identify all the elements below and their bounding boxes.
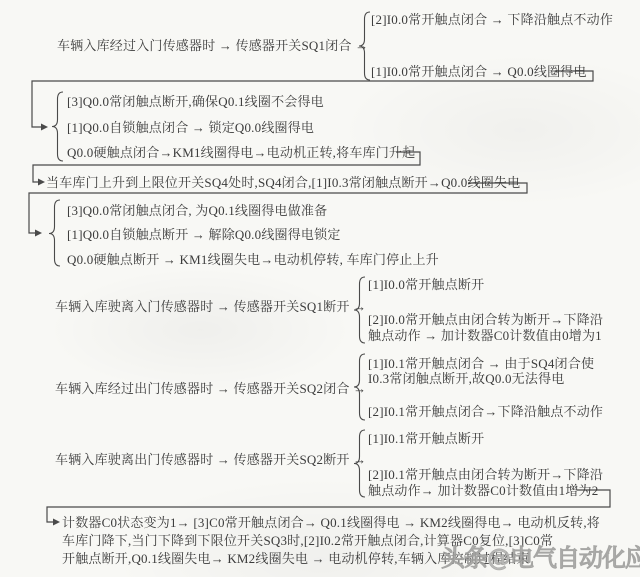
s6-branch-1-line-2: I0.3常闭触点断开,故Q0.0无法得电 (368, 371, 564, 387)
s5-branch-2-line-2: 触点动作 → 加计数器C0计数值由0增为1 (368, 328, 602, 344)
s3-main-text: 当车库门上升到上限位开关SQ4处时,SQ4闭合,[1]I0.3常闭触点断开→Q0… (46, 175, 520, 191)
s8-line-1: 计数器C0状态变为1→ [3]C0常开触点闭合→ Q0.1线圈得电 → KM2线… (62, 515, 600, 531)
watermark-text: 头条@电气自动化应用 (441, 538, 640, 573)
s5-branch-2-line-1: [2]I0.0常开触点由闭合转为断开→下降沿 (368, 312, 603, 328)
s7-branch-1: [1]I0.1常开触点断开 (368, 431, 484, 447)
s1-branch-1: [2]I0.0常开触点闭合 → 下降沿触点不动作 (371, 12, 613, 28)
s1-branch-2: [1]I0.0常开触点闭合 → Q0.0线圈得电 (371, 64, 587, 80)
s7-main-text: 车辆入库驶离出门传感器时 → 传感器开关SQ2断开 → (55, 452, 366, 468)
scanned-diagram-page: [2]I0.0常开触点闭合 → 下降沿触点不动作 车辆入库经过入门传感器时 → … (0, 0, 640, 577)
s4-branch-2: [1]Q0.0自锁触点断开 → 解除Q0.0线圈得电锁定 (67, 227, 341, 243)
s7-branch-2-line-1: [2]I0.1常开触点由闭合转为断开→下降沿 (368, 467, 603, 483)
s6-branch-1-line-1: [1]I0.1常开触点闭合 → 由于SQ4闭合使 (368, 356, 594, 372)
arrowhead-to-s3 (38, 179, 45, 186)
s4-branch-1: [3]Q0.0常闭触点闭合, 为Q0.1线圈得电做准备 (67, 203, 327, 219)
s2-branch-3: Q0.0硬触点闭合→KM1线圈得电→电动机正转,将车库门升起 (67, 145, 415, 161)
s5-branch-1: [1]I0.0常开触点断开 (368, 277, 484, 293)
curly-brace-s4 (49, 200, 60, 266)
s4-branch-3: Q0.0硬触点断开 → KM1线圈失电→电动机停转, 车库门停止上升 (67, 252, 439, 268)
s5-main-text: 车辆入库驶离入门传感器时 → 传感器开关SQ1断开 → (55, 299, 366, 315)
s6-main-text: 车辆入库经过出门传感器时 → 传感器开关SQ2闭合 → (55, 381, 366, 397)
s1-main-text: 车辆入库经过入门传感器时 → 传感器开关SQ1闭合 → (57, 38, 368, 54)
arrowhead-to-s4 (35, 230, 42, 237)
arrowhead-to-s2 (41, 124, 48, 131)
s2-branch-2: [1]Q0.0自锁触点闭合 → 锁定Q0.0线圈得电 (67, 120, 314, 136)
s2-branch-1: [3]Q0.0常闭触点断开,确保Q0.1线圈不会得电 (67, 94, 324, 110)
s6-branch-2: [2]I0.1常开触点闭合→下降沿触点不动作 (368, 404, 603, 420)
curly-brace-s2 (52, 92, 63, 161)
arrowhead-to-s8 (53, 519, 60, 526)
s7-branch-2-line-2: 触点动作→ 加计数器C0计数值由1增为2 (368, 483, 598, 499)
